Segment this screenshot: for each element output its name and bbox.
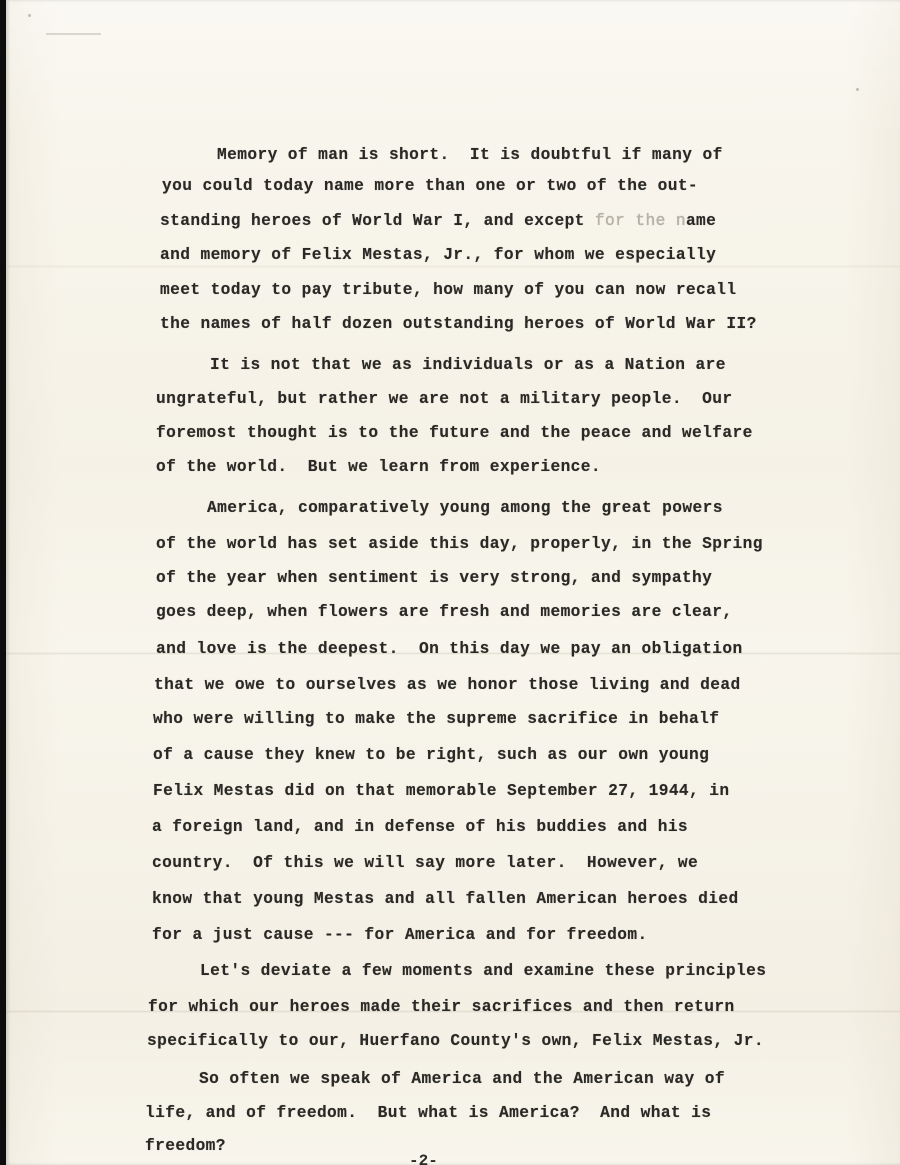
text-line: Memory of man is short. It is doubtful i…: [217, 146, 723, 164]
paper-speck: [28, 14, 31, 17]
text-line: for which our heroes made their sacrific…: [148, 998, 735, 1016]
text-line: and love is the deepest. On this day we …: [156, 640, 743, 658]
text-line: America, comparatively young among the g…: [207, 499, 723, 517]
text-line: It is not that we as individuals or as a…: [210, 356, 726, 374]
text-line: ungrateful, but rather we are not a mili…: [156, 390, 733, 408]
text-line: a foreign land, and in defense of his bu…: [152, 818, 688, 836]
text-line: and memory of Felix Mestas, Jr., for who…: [160, 246, 716, 264]
text-fragment: standing heroes of World War I, and exce…: [160, 212, 595, 230]
text-line: specifically to our, Huerfano County's o…: [147, 1032, 764, 1050]
text-fragment: ame: [686, 212, 716, 230]
text-line: of a cause they knew to be right, such a…: [153, 746, 709, 764]
text-line: So often we speak of America and the Ame…: [199, 1070, 725, 1088]
text-line: for a just cause --- for America and for…: [152, 926, 648, 944]
text-line: freedom?: [145, 1137, 226, 1155]
text-line: foremost thought is to the future and th…: [156, 424, 753, 442]
page-number: -2-: [409, 1152, 438, 1165]
text-line: the names of half dozen outstanding hero…: [160, 315, 757, 333]
text-line: of the year when sentiment is very stron…: [156, 569, 712, 587]
paper-speck: [856, 88, 859, 91]
text-line: Let's deviate a few moments and examine …: [200, 962, 766, 980]
text-line: country. Of this we will say more later.…: [152, 854, 698, 872]
text-line: you could today name more than one or tw…: [162, 177, 698, 195]
paper-mark: [46, 33, 101, 35]
paper-fold-line: [6, 265, 900, 268]
faded-text-fragment: for the n: [595, 212, 686, 230]
text-line-partially-faded: standing heroes of World War I, and exce…: [160, 212, 716, 230]
text-line: goes deep, when flowers are fresh and me…: [156, 603, 733, 621]
text-line: meet today to pay tribute, how many of y…: [160, 281, 737, 299]
text-line: life, and of freedom. But what is Americ…: [145, 1104, 711, 1122]
text-line: Felix Mestas did on that memorable Septe…: [153, 782, 730, 800]
text-line: know that young Mestas and all fallen Am…: [152, 890, 739, 908]
text-line: who were willing to make the supreme sac…: [153, 710, 719, 728]
typewritten-page: Memory of man is short. It is doubtful i…: [6, 0, 900, 1165]
text-line: of the world has set aside this day, pro…: [156, 535, 763, 553]
text-line: of the world. But we learn from experien…: [156, 458, 601, 476]
text-line: that we owe to ourselves as we honor tho…: [154, 676, 741, 694]
